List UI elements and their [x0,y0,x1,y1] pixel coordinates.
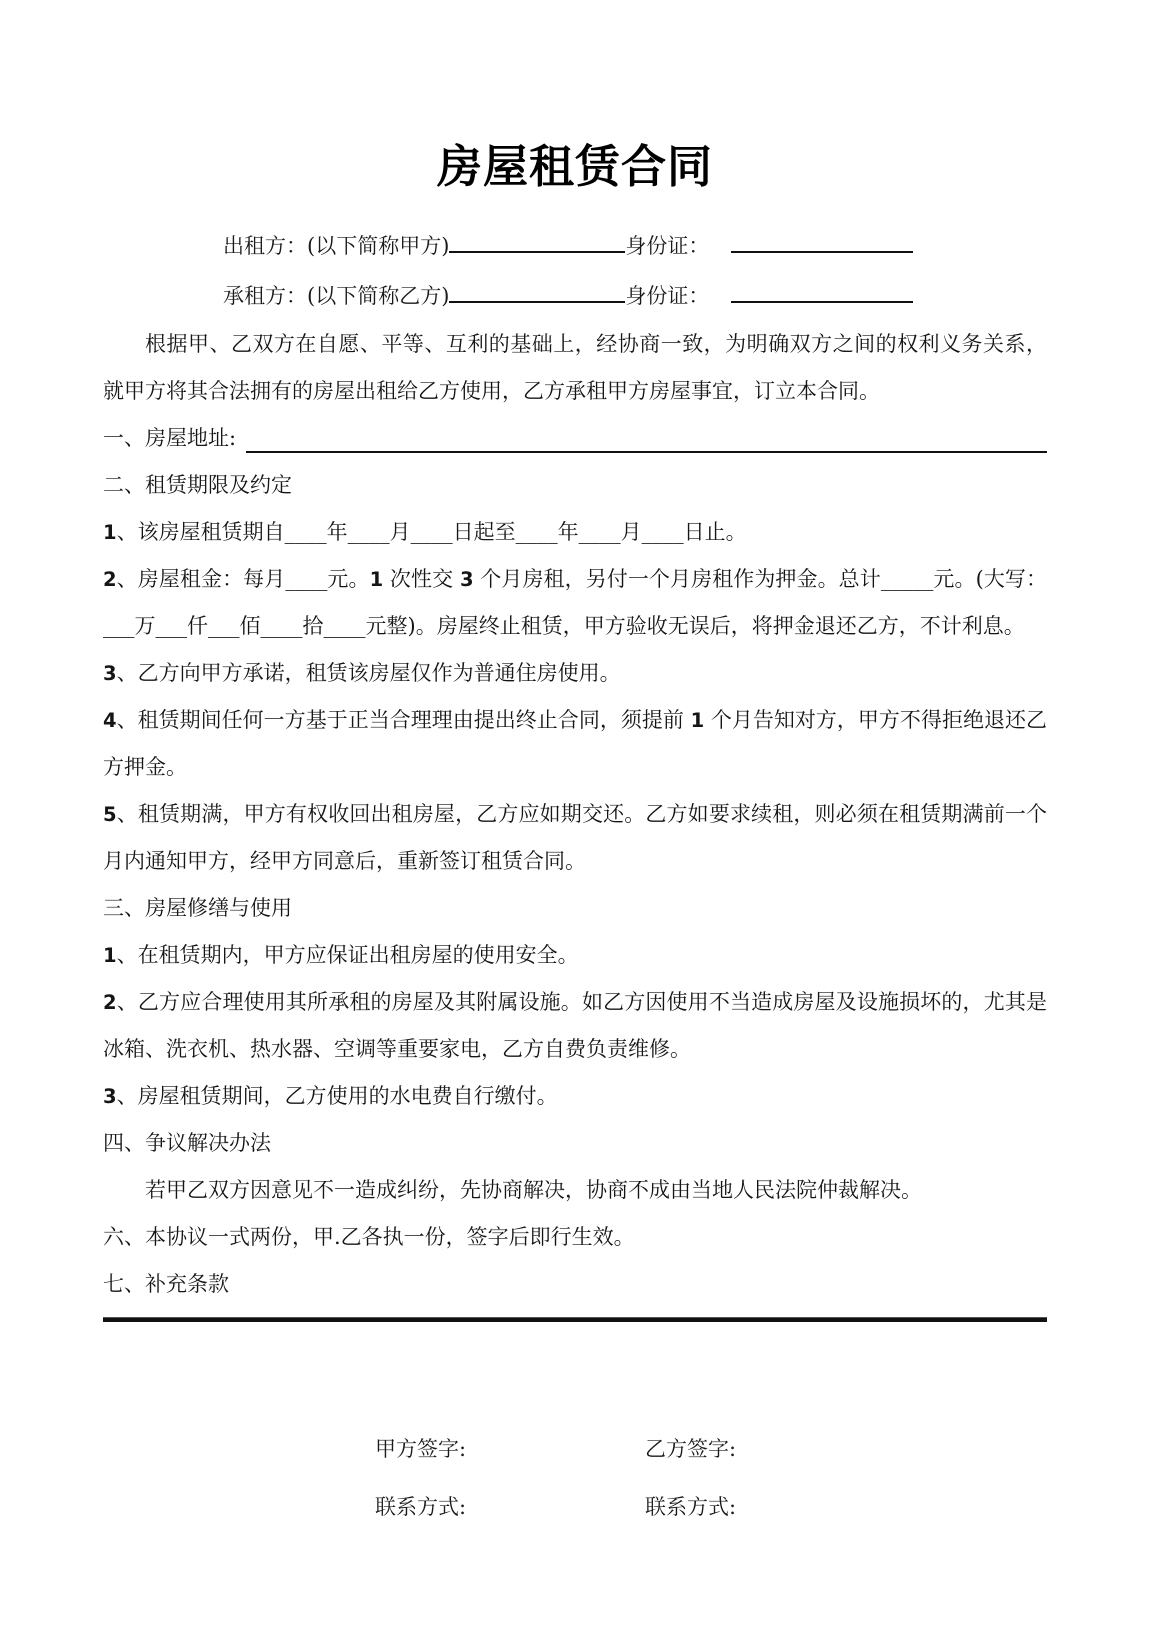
lessor-id-blank-line [731,251,913,253]
lessor-name-blank-line [449,251,625,253]
clause-safety: 1、在租赁期内，甲方应保证出租房屋的使用安全。 [103,932,1047,979]
address-blank-line [246,451,1047,453]
clause-utilities: 3、房屋租赁期间，乙方使用的水电费自行缴付。 [103,1073,1047,1120]
section-heading-supplement: 七、补充条款 [103,1261,1047,1308]
lessor-label: 出租方：(以下简称甲方) [223,234,449,258]
clause-facilities: 2、乙方应合理使用其所承租的房屋及其附属设施。如乙方因使用不当造成房屋及设施损坏… [103,979,1047,1073]
lessee-id-blank-line [731,301,913,303]
lessee-label: 承租方：(以下简称乙方) [223,284,449,308]
contract-body: 根据甲、乙双方在自愿、平等、互利的基础上，经协商一致，为明确双方之间的权利义务关… [103,321,1047,1308]
intro-paragraph: 根据甲、乙双方在自愿、平等、互利的基础上，经协商一致，为明确双方之间的权利义务关… [103,321,1047,415]
section-heading-repair: 三、房屋修缮与使用 [103,885,1047,932]
signature-block: 甲方签字: 乙方签字: 联系方式: 联系方式: [375,1425,1047,1531]
lessor-id-label: 身份证： [625,234,709,258]
clause-termination: 4、租赁期间任何一方基于正当合理理由提出终止合同，须提前 1 个月告知对方，甲方… [103,697,1047,791]
contract-page: 房屋租赁合同 出租方：(以下简称甲方)身份证： 承租方：(以下简称乙方)身份证：… [0,0,1167,1651]
clause-usage-promise: 3、乙方向甲方承诺，租赁该房屋仅作为普通住房使用。 [103,650,1047,697]
clause-term-dates: 1、该房屋租赁期自____年____月____日起至____年____月____… [103,509,1047,556]
clause-expiry-renewal: 5、租赁期满，甲方有权收回出租房屋，乙方应如期交还。乙方如要求续租，则必须在租赁… [103,791,1047,885]
clause-copies-effect: 六、本协议一式两份，甲.乙各执一份，签字后即行生效。 [103,1214,1047,1261]
clause-dispute-resolution: 若甲乙双方因意见不一造成纠纷，先协商解决，协商不成由当地人民法院仲裁解决。 [103,1167,1047,1214]
section-heading-term: 二、租赁期限及约定 [103,462,1047,509]
address-label: 一、房屋地址: [103,415,236,462]
party-a-signature-label: 甲方签字: [375,1425,645,1473]
address-line: 一、房屋地址: [103,415,1047,462]
lessor-line: 出租方：(以下简称甲方)身份证： [223,221,1047,271]
lessee-id-label: 身份证： [625,284,709,308]
section-heading-dispute: 四、争议解决办法 [103,1120,1047,1167]
parties-block: 出租方：(以下简称甲方)身份证： 承租方：(以下简称乙方)身份证： [223,221,1047,321]
party-b-contact-label: 联系方式: [645,1483,1047,1531]
clause-rent: 2、房屋租金：每月____元。1 次性交 3 个月房租，另付一个月房租作为押金。… [103,556,1047,650]
document-title: 房屋租赁合同 [103,0,1047,193]
lessee-line: 承租方：(以下简称乙方)身份证： [223,271,1047,321]
lessee-name-blank-line [449,301,625,303]
party-a-contact-label: 联系方式: [375,1483,645,1531]
party-b-signature-label: 乙方签字: [645,1425,1047,1473]
signature-divider-rule [103,1317,1047,1322]
